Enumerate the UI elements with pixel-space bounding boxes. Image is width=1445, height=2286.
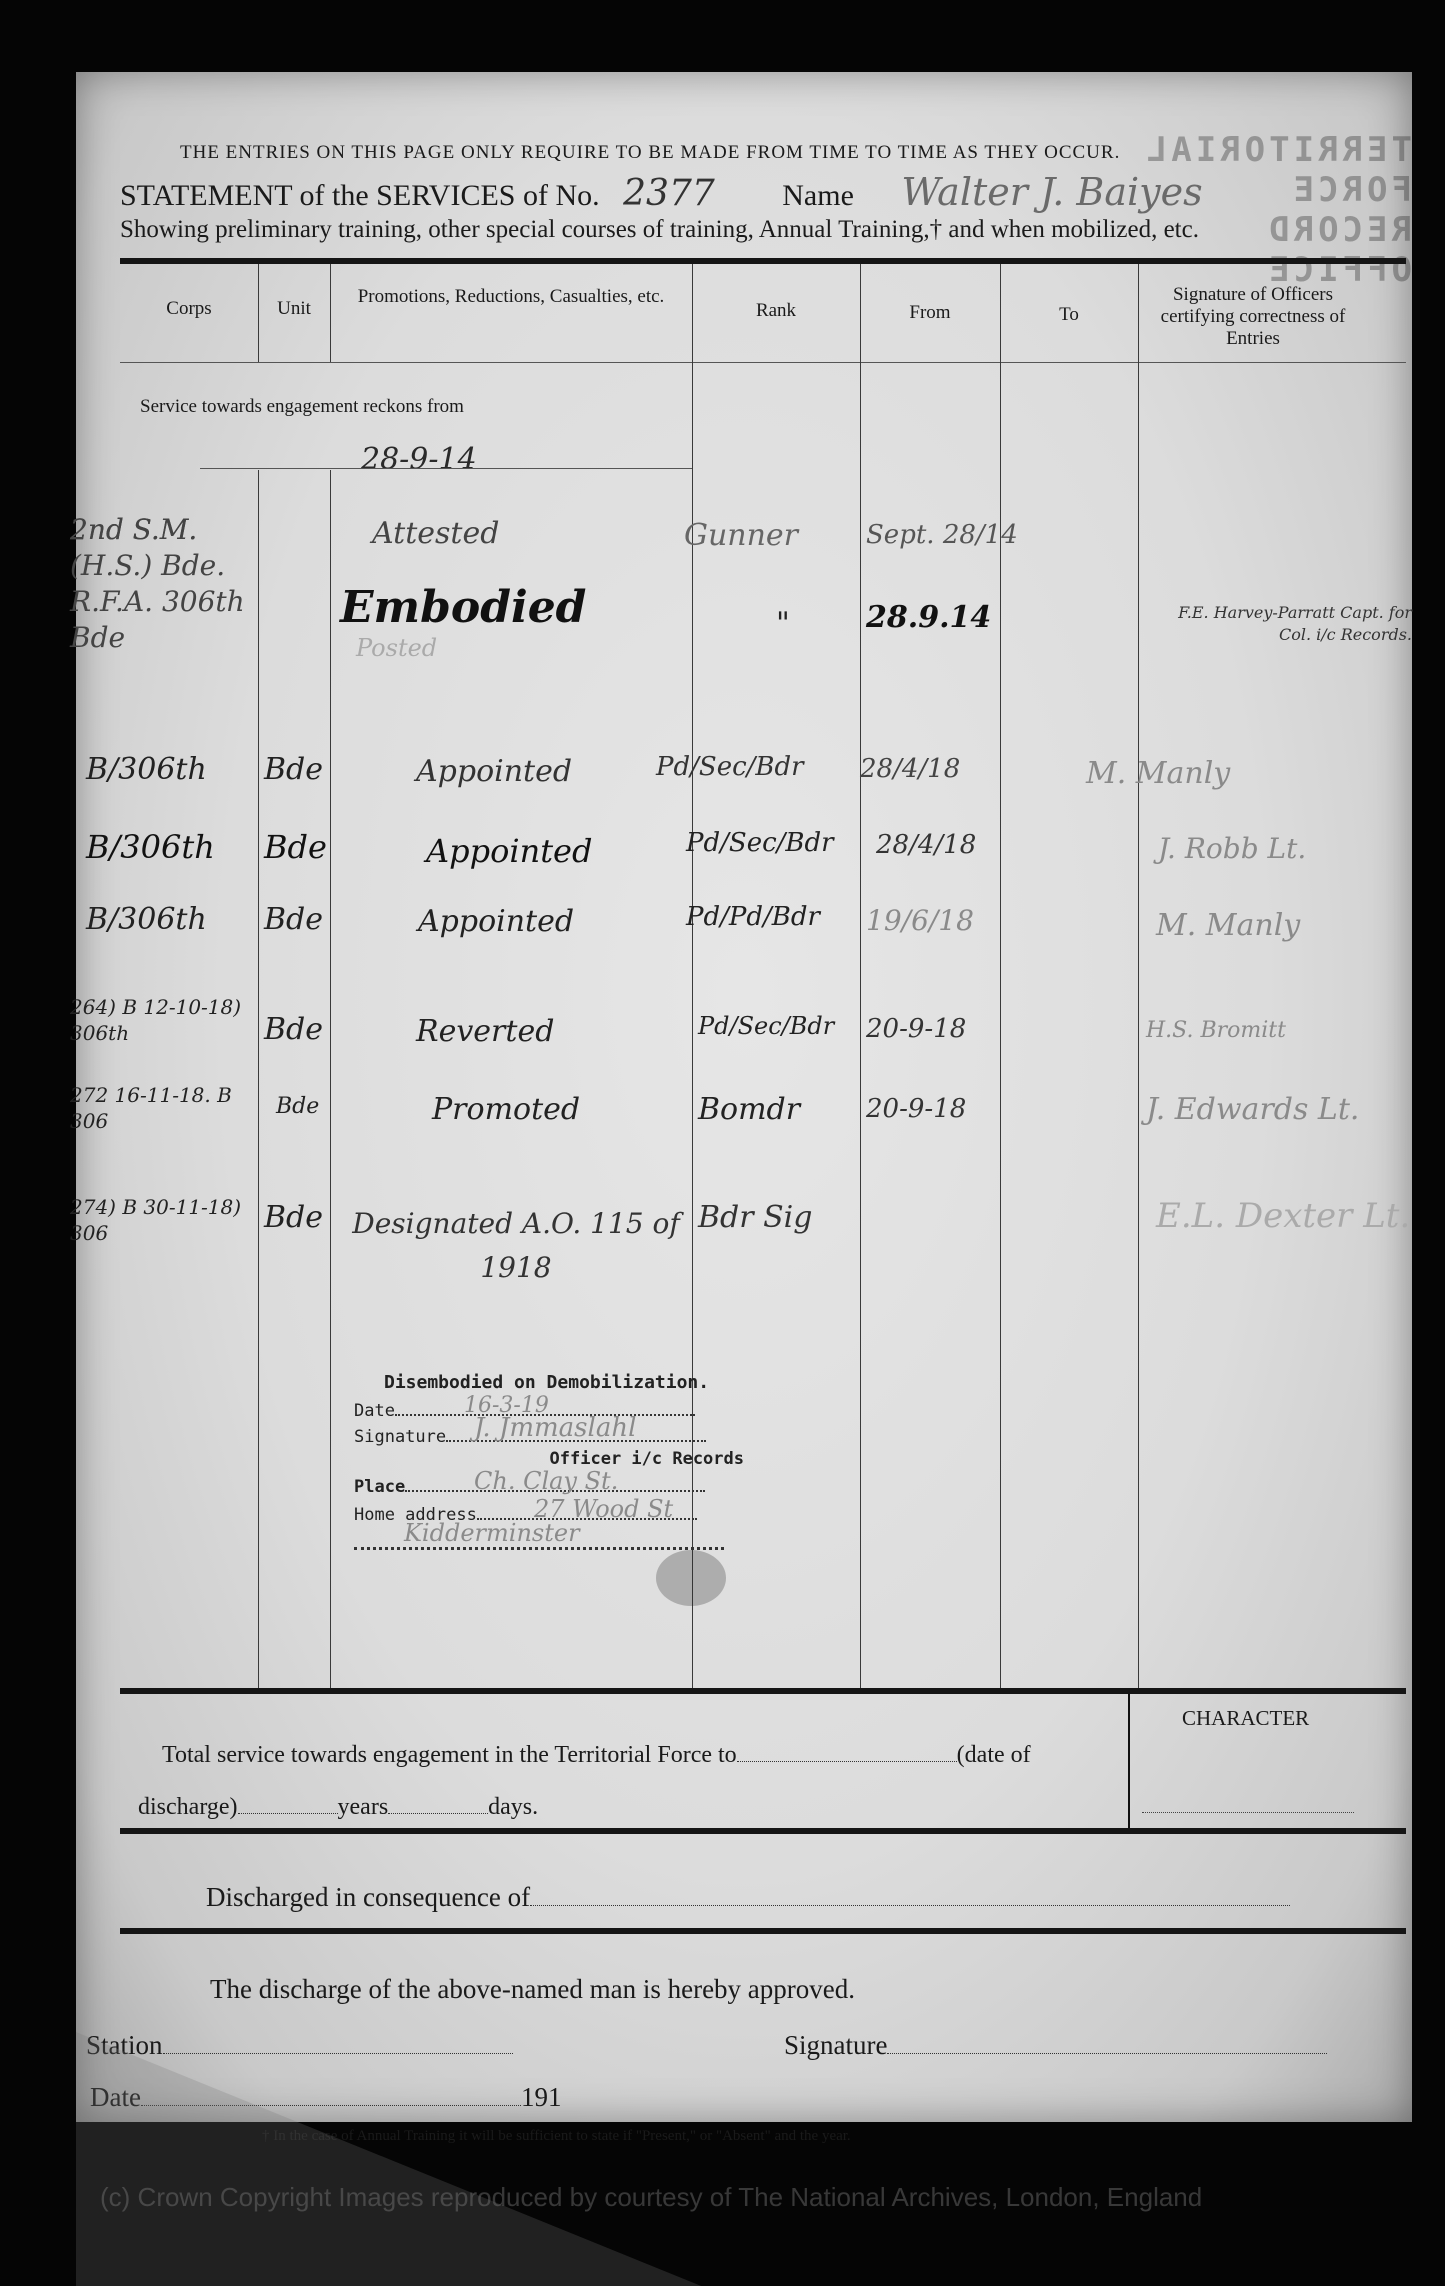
demob-date-label: Date [354,1401,395,1421]
days-label: days. [488,1794,538,1820]
row-4-event: Appointed [426,832,592,870]
col-divider-unit-promo-header [330,264,331,362]
col-divider-rank-from [860,264,861,1690]
name-value: Walter J. Baiyes [901,170,1202,214]
col-divider-unit-promo [330,470,331,1690]
row-3-unit: Bde [264,752,323,787]
total-service-text: Total service towards engagement in the … [162,1742,737,1768]
name-label: Name [782,179,854,212]
row-6-unit: Bde [264,1012,323,1047]
row-8-corps: 274) B 30-11-18) 306 [70,1194,260,1246]
row-3-corps: B/306th [86,752,207,787]
row-8-unit: Bde [264,1200,323,1235]
col-header-rank: Rank [692,300,860,322]
discharged-consequence-label: Discharged in consequence of [206,1882,530,1912]
row-7-event: Promoted [432,1092,580,1127]
service-reckons-value: 28-9-14 [361,442,477,477]
row-4-corps: B/306th [86,828,215,866]
demobilization-block: Disembodied on Demobilization. Date 16-3… [354,1372,774,1555]
total-service-bottom-rule [120,1828,1406,1834]
discharge-bottom-rule [120,1928,1406,1934]
folded-corner [76,2032,716,2286]
row-2-rank: " [776,606,790,641]
row-8-rank: Bdr Sig [698,1200,812,1235]
row-4-unit: Bde [264,828,327,866]
row-1-rank: Gunner [684,518,798,553]
total-service-top-rule [120,1688,1406,1694]
demob-home-address-line2: Kidderminster [354,1535,774,1555]
col-header-promotions: Promotions, Reductions, Casualties, etc. [346,286,676,308]
row-4-signature: J. Robb Lt. [1158,832,1306,865]
col-header-corps: Corps [120,298,258,320]
row-8-event: Designated A.O. 115 of 1918 [346,1202,686,1290]
row-6-corps: 264) B 12-10-18) 306th [70,994,260,1046]
row-3-signature: M. Manly [1086,756,1230,791]
service-number: 2377 [623,173,715,214]
row-7-from: 20-9-18 [866,1094,966,1124]
service-record-page: TERRITORIAL FORCE RECORD OFFICE THE ENTR… [76,72,1412,2122]
character-divider [1128,1694,1130,1828]
row-5-unit: Bde [264,902,323,937]
row-8-signature: E.L. Dexter Lt. [1156,1196,1410,1236]
demob-place-row: Place Ch. Clay St. [354,1477,774,1497]
col-divider-from-to [1000,264,1001,1690]
discharge-approved-text: The discharge of the above-named man is … [210,1974,855,2005]
demob-place-value: Ch. Clay St. [474,1467,618,1495]
total-service-line-2: discharge)yearsdays. [138,1794,538,1821]
row-5-rank: Pd/Pd/Bdr [686,902,820,932]
col-divider-to-signature [1138,264,1139,1690]
row-4-from: 28/4/18 [876,830,976,860]
copyright-watermark: (c) Crown Copyright Images reproduced by… [100,2182,1202,2213]
col-header-unit: Unit [258,298,330,320]
row-3-from: 28/4/18 [860,754,960,784]
row-1-event: Attested [372,516,499,551]
row-5-from: 19/6/18 [866,904,974,937]
row-7-signature: J. Edwards Lt. [1146,1092,1359,1127]
row-1-from: Sept. 28/14 [866,520,1018,550]
service-reckons-rule [200,468,692,469]
header-bottom-rule [120,362,1406,363]
notice-text: THE ENTRIES ON THIS PAGE ONLY REQUIRE TO… [180,142,1120,164]
row-2-from: 28.9.14 [866,600,991,635]
character-field [1142,1812,1354,1813]
subtitle-text: Showing preliminary training, other spec… [120,216,1199,244]
row-4-rank: Pd/Sec/Bdr [686,828,834,858]
discharged-consequence-row: Discharged in consequence of [206,1882,1290,1913]
row-3-rank: Pd/Sec/Bdr [656,752,804,782]
row-2-signature: F.E. Harvey-Parratt Capt. for Col. i/c R… [1142,602,1412,646]
total-service-line-1: Total service towards engagement in the … [162,1742,1031,1769]
character-label: CHARACTER [1182,1706,1309,1731]
col-header-signature: Signature of Officers certifying correct… [1140,284,1366,350]
demob-signature-value: J. Jmmaslahl [474,1413,636,1443]
row-5-event: Appointed [418,904,574,939]
approval-signature-label: Signature [784,2030,887,2060]
demob-place-label: Place [354,1477,405,1497]
row-7-corps: 272 16-11-18. B 306 [70,1082,260,1134]
years-label: years [338,1794,389,1820]
col-header-to: To [1000,304,1138,326]
row-6-rank: Pd/Sec/Bdr [698,1012,834,1040]
service-reckons-label: Service towards engagement reckons from [140,396,464,418]
statement-label: STATEMENT of the SERVICES of No. [120,179,600,212]
statement-heading: STATEMENT of the SERVICES of No. 2377 Na… [120,170,1203,214]
row-6-signature: H.S. Bromitt [1146,1018,1286,1043]
demob-home-address-line2-value: Kidderminster [404,1519,580,1547]
col-divider-corps-unit-header [258,264,259,362]
row-6-event: Reverted [416,1014,554,1049]
demob-officer-label: Officer i/c Records [354,1449,774,1469]
col-header-from: From [860,302,1000,324]
row-5-signature: M. Manly [1156,908,1300,943]
demobilization-title: Disembodied on Demobilization. [384,1372,774,1393]
row-7-rank: Bomdr [698,1092,800,1127]
row-5-corps: B/306th [86,902,207,937]
total-service-date-suffix: (date of [957,1742,1031,1768]
row-2-event: Embodied [340,582,586,633]
row-7-unit: Bde [276,1094,319,1119]
demob-signature-label: Signature [354,1427,446,1447]
discharge-label: discharge) [138,1794,238,1820]
header-top-rule [120,258,1406,264]
row-1-corps-text: 2nd S.M. (H.S.) Bde. R.F.A. 306th Bde [70,512,260,656]
row-6-from: 20-9-18 [866,1014,966,1044]
demob-signature-row: Signature J. Jmmaslahl [354,1427,774,1447]
signature-row: Signature [784,2030,1327,2061]
row-3-event: Appointed [416,754,572,789]
row-2-event-faint: Posted [356,634,437,662]
ink-smudge [656,1550,726,1606]
